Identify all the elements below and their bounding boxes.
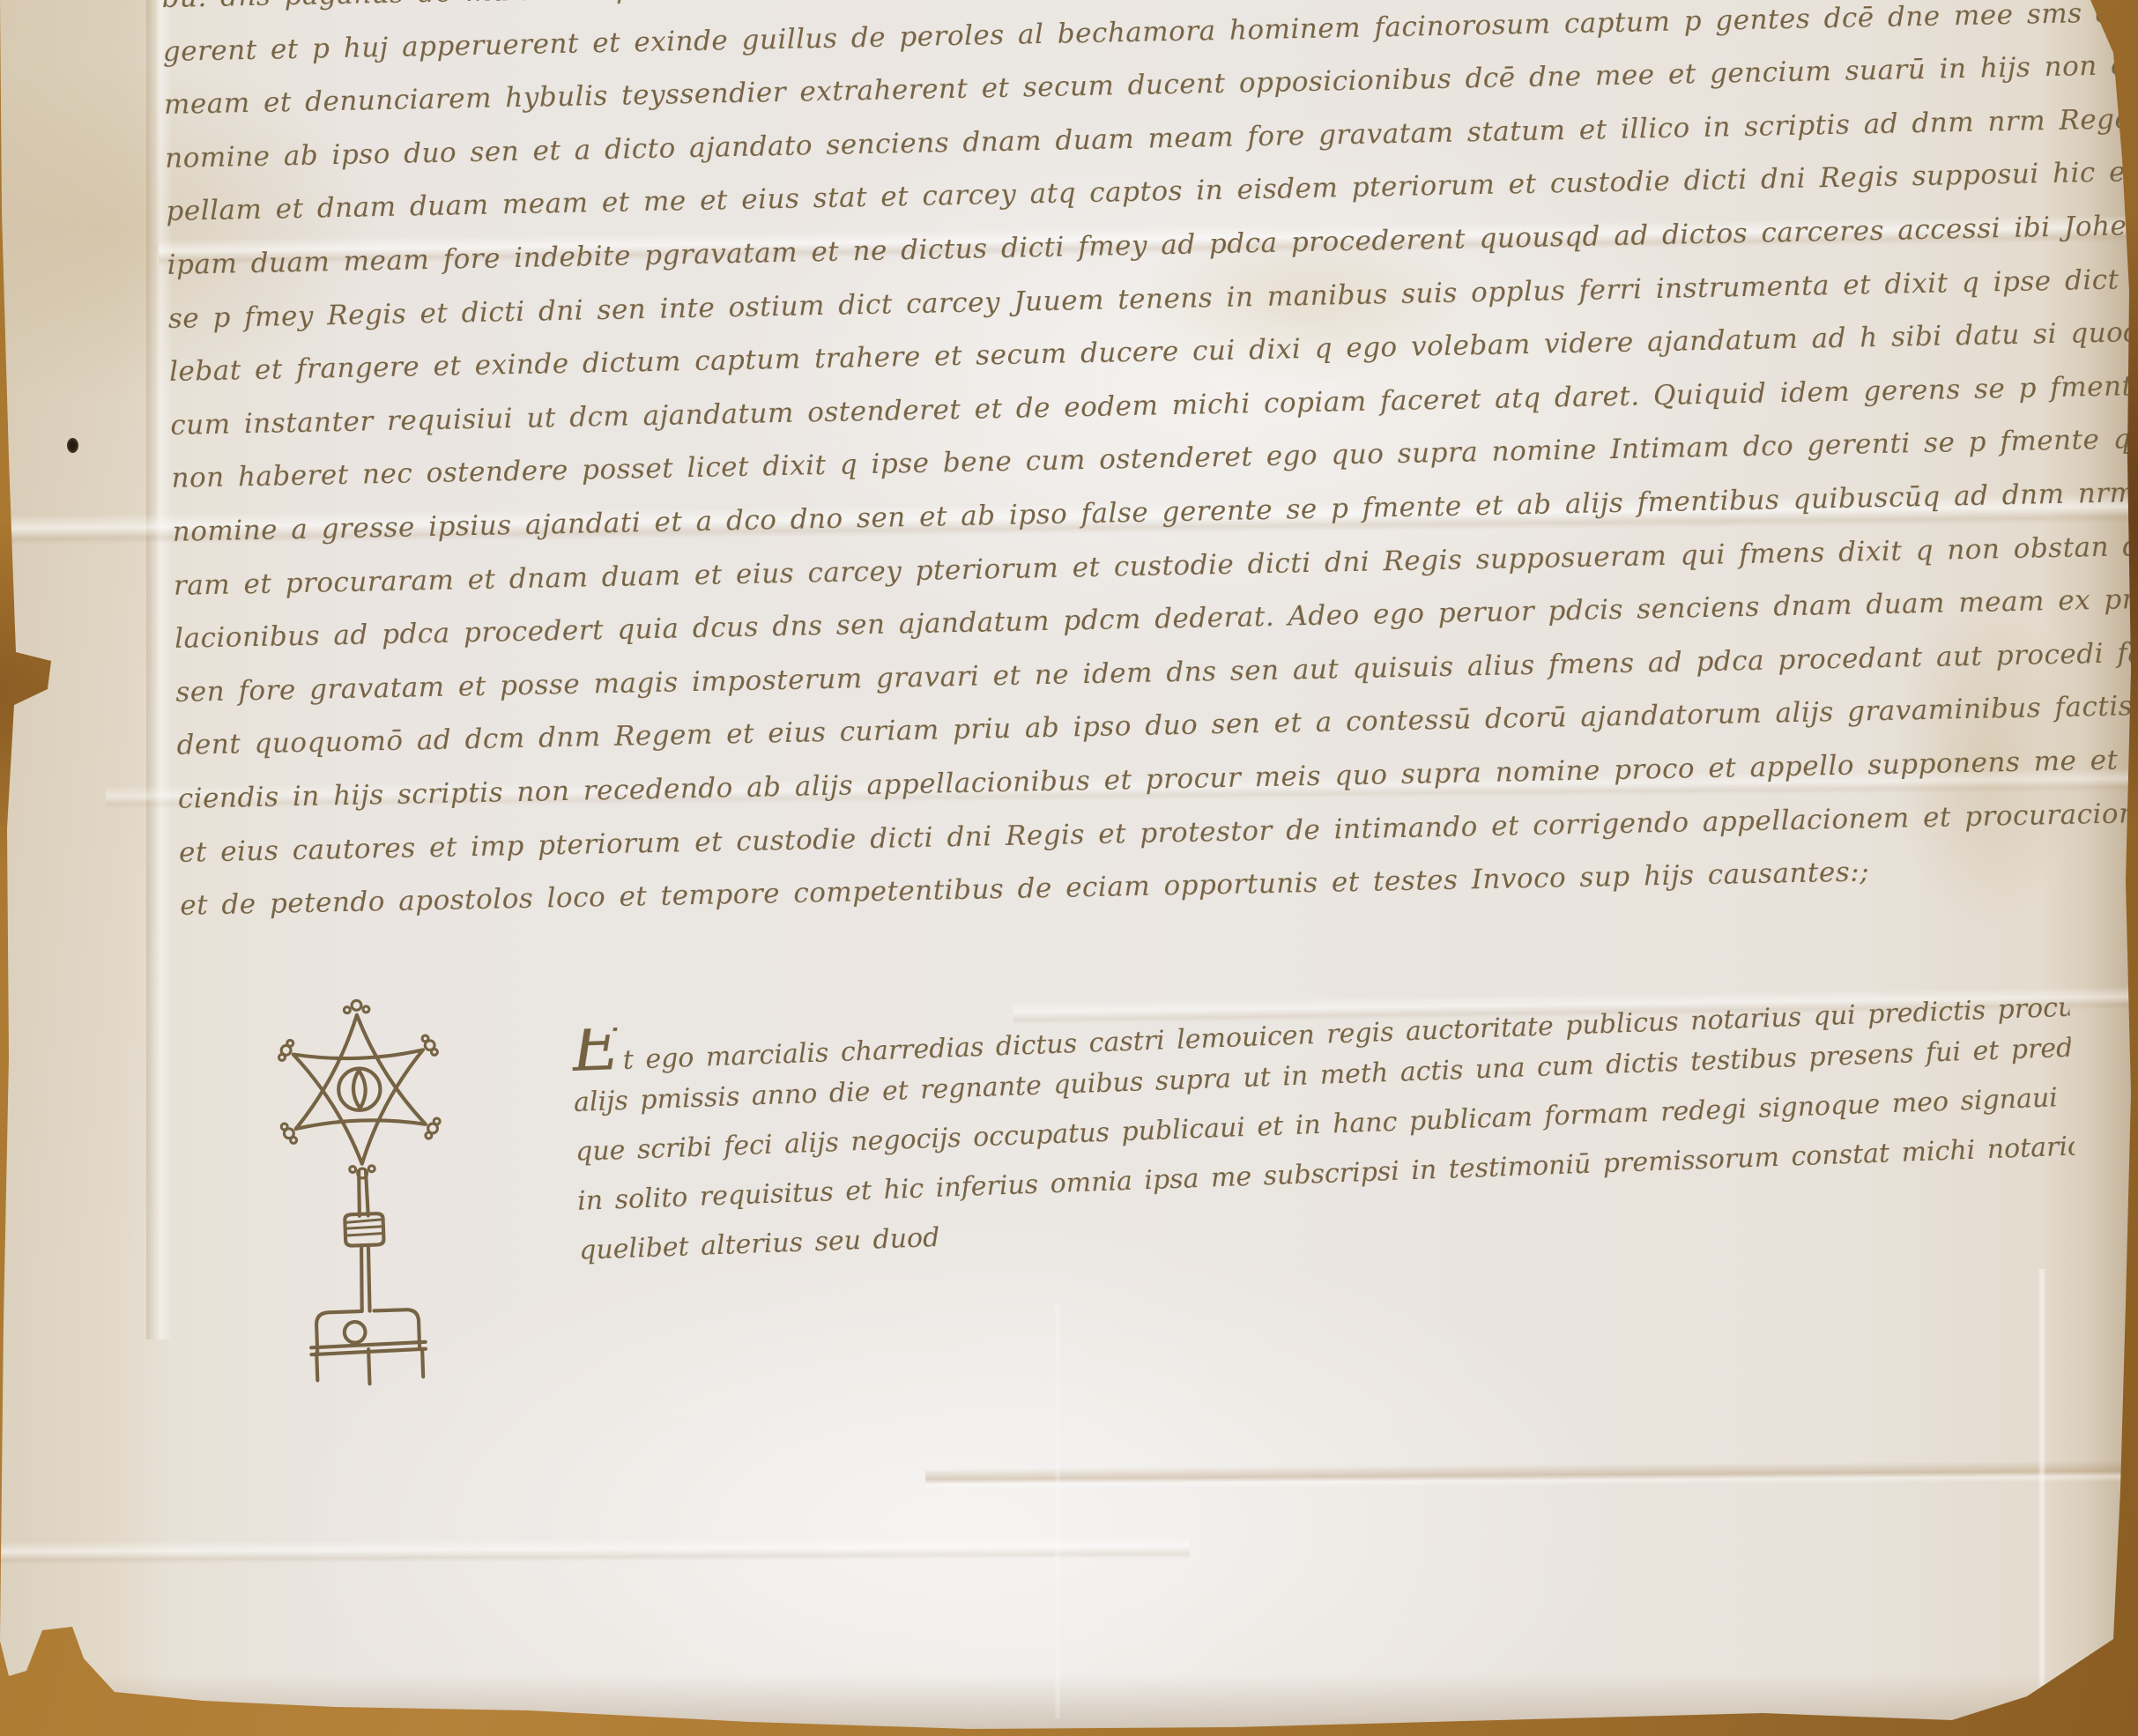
star-centre-lens-icon: [353, 1070, 366, 1109]
horizontal-crease: [925, 1460, 2138, 1490]
manuscript-body-text: bū. dns paganus de multi sen pilauen et …: [161, 0, 2138, 932]
left-margin-shade: [0, 0, 157, 1410]
mark-stem-lower-icon: [360, 1245, 370, 1311]
worm-hole: [67, 438, 78, 453]
horizontal-crease: [0, 1535, 1190, 1564]
notarial-subscription-text: Et ego marcialis charredias dictus castr…: [571, 975, 2077, 1276]
notarial-mark: [254, 985, 476, 1406]
parchment: bū. dns paganus de multi sen pilauen et …: [0, 0, 2138, 1736]
mark-knot-hatching-icon: [345, 1220, 382, 1235]
manuscript-photo: bū. dns paganus de multi sen pilauen et …: [0, 0, 2138, 1736]
mark-base-ring-icon: [344, 1322, 365, 1343]
mark-knot-icon: [345, 1213, 383, 1246]
vertical-crease: [1054, 1304, 1061, 1718]
